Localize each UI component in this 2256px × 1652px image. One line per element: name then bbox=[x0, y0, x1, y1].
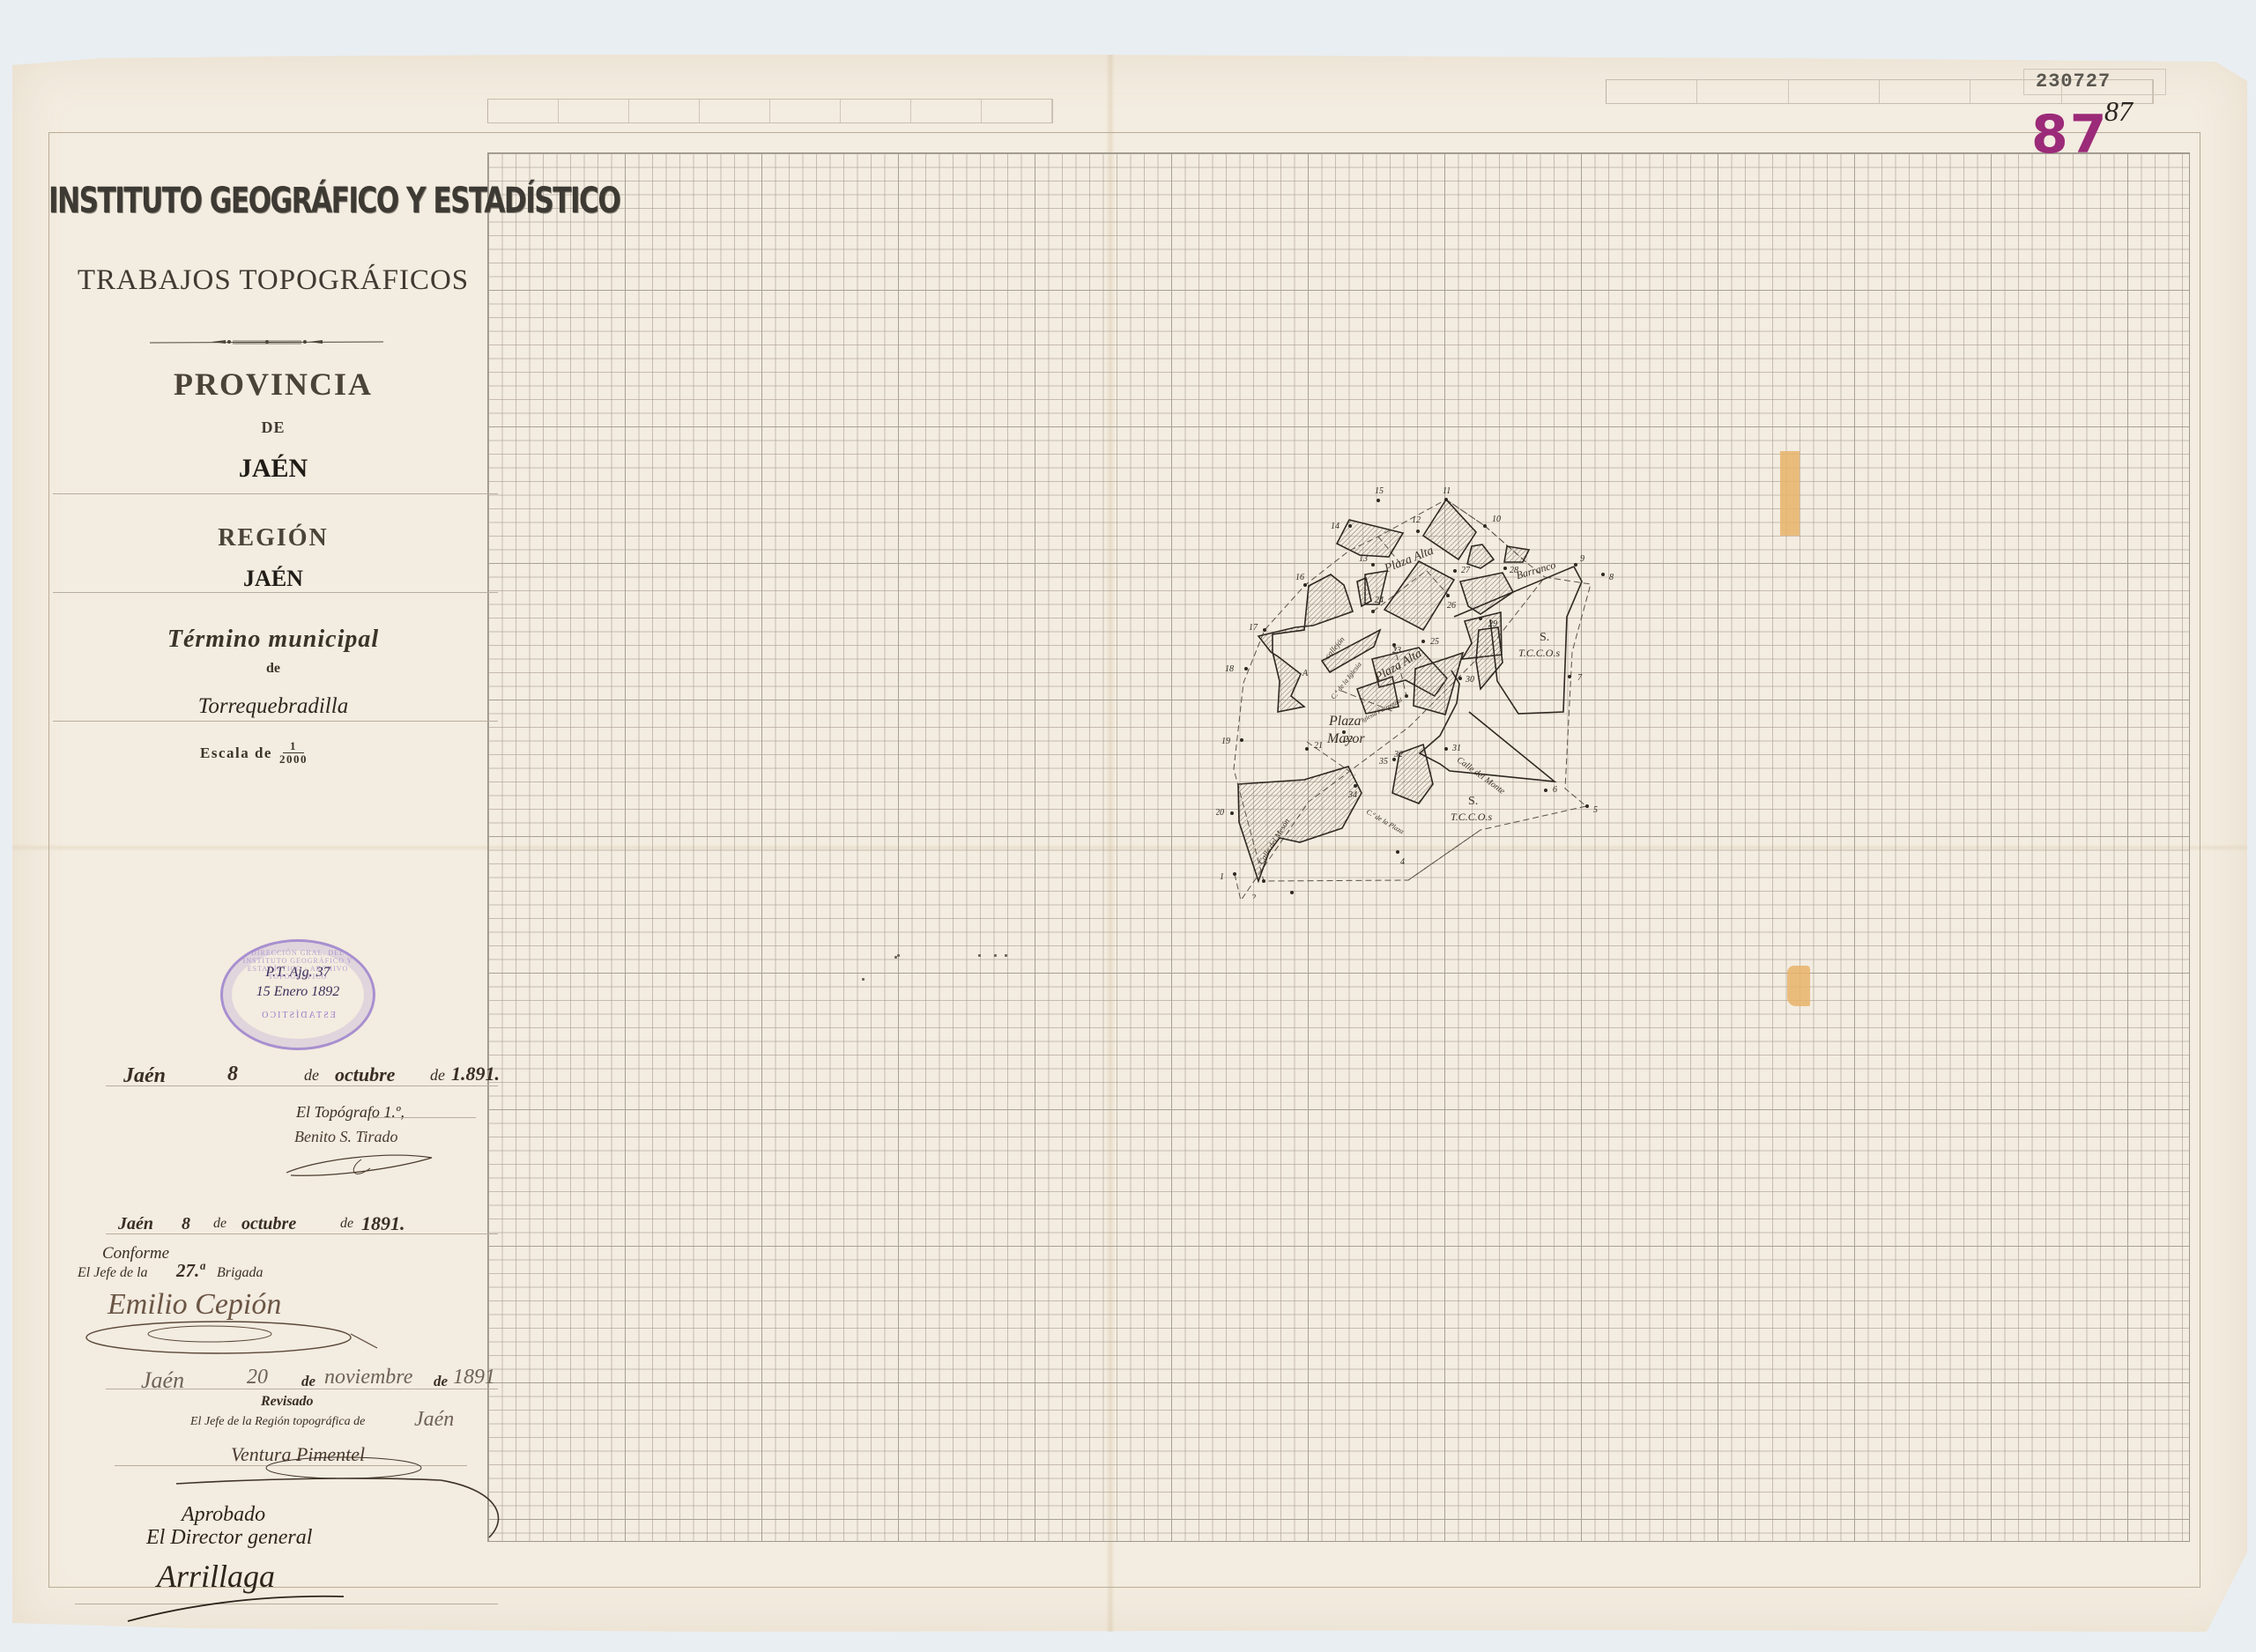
sig2-flourish-icon bbox=[78, 1313, 395, 1366]
sig3-role-place: Jaén bbox=[414, 1408, 454, 1432]
sig3-place: Jaén bbox=[141, 1367, 184, 1394]
svg-text:8: 8 bbox=[1609, 573, 1614, 582]
sig3-approval: Revisado bbox=[261, 1394, 314, 1410]
svg-text:9: 9 bbox=[1580, 554, 1584, 564]
svg-text:29: 29 bbox=[1488, 619, 1497, 629]
svg-text:19: 19 bbox=[1221, 737, 1230, 746]
provincia-name: JAÉN bbox=[48, 454, 498, 484]
sig4-role: El Director general bbox=[146, 1526, 312, 1550]
sig4-approval: Aprobado bbox=[182, 1503, 265, 1527]
sig3-de1: de bbox=[301, 1373, 315, 1390]
sig1-place: Jaén bbox=[123, 1064, 166, 1088]
tape-strip-lower bbox=[1787, 966, 1810, 1006]
ink-speck bbox=[897, 954, 900, 957]
label-tccos-2-s: S. bbox=[1468, 795, 1478, 809]
termino-label: Término municipal bbox=[48, 626, 498, 654]
stamp-handwritten-date: 15 Enero 1892 bbox=[223, 984, 373, 1000]
works-subtitle: TRABAJOS TOPOGRÁFICOS bbox=[48, 264, 498, 297]
scale-numerator: 1 bbox=[283, 740, 304, 753]
svg-text:18: 18 bbox=[1225, 664, 1234, 674]
sig-rule-2 bbox=[106, 1233, 498, 1234]
svg-text:12: 12 bbox=[1412, 515, 1421, 525]
scale-bar-left bbox=[487, 99, 1053, 123]
archive-stamp: DIRECCIÓN GRAL. DEL INSTITUTO GEOGRÁFICO… bbox=[220, 939, 375, 1050]
svg-text:2: 2 bbox=[1251, 893, 1256, 899]
title-rule-2 bbox=[53, 592, 498, 593]
provincia-label: PROVINCIA bbox=[48, 366, 498, 403]
scale-label: Escala de 1 2000 bbox=[200, 740, 308, 766]
ink-speck bbox=[862, 978, 865, 981]
ink-speck bbox=[894, 956, 897, 959]
sig1-de1: de bbox=[304, 1066, 319, 1085]
sig2-role-prefix: El Jefe de la bbox=[78, 1265, 148, 1281]
sig3-year: 1891 bbox=[453, 1366, 495, 1389]
de-label-2: de bbox=[48, 661, 498, 677]
sig3-day: 20 bbox=[247, 1366, 268, 1389]
svg-text:1: 1 bbox=[1220, 872, 1224, 882]
svg-text:21: 21 bbox=[1314, 741, 1323, 751]
label-plaza-mayor-2: Mayor bbox=[1327, 731, 1365, 747]
sig2-approval: Conforme bbox=[102, 1244, 169, 1263]
svg-text:5: 5 bbox=[1593, 805, 1598, 815]
sig1-flourish-icon bbox=[282, 1142, 441, 1186]
region-label: REGIÓN bbox=[48, 524, 498, 552]
sig3-de2: de bbox=[434, 1373, 448, 1390]
municipio-name: Torrequebradilla bbox=[48, 694, 498, 719]
sig2-brigada-number: 27.ª bbox=[176, 1260, 204, 1282]
sig2-role-suffix: Brigada bbox=[217, 1265, 263, 1281]
svg-text:26: 26 bbox=[1447, 601, 1456, 611]
svg-text:34: 34 bbox=[1347, 790, 1357, 800]
sig-rule-1b bbox=[370, 1117, 476, 1118]
svg-text:16: 16 bbox=[1295, 573, 1304, 582]
svg-text:11: 11 bbox=[1443, 486, 1451, 496]
catalog-number: 230727 bbox=[2036, 70, 2111, 93]
scale-denominator: 2000 bbox=[279, 753, 308, 766]
scale-text: Escala de bbox=[200, 745, 272, 762]
svg-text:25: 25 bbox=[1430, 637, 1439, 647]
de-label: DE bbox=[48, 419, 498, 437]
svg-text:14: 14 bbox=[1331, 522, 1339, 531]
svg-text:15: 15 bbox=[1375, 486, 1384, 496]
label-tccos-1: T.C.C.O.s bbox=[1518, 647, 1560, 660]
svg-text:13: 13 bbox=[1359, 554, 1368, 564]
svg-text:30: 30 bbox=[1465, 675, 1474, 685]
svg-text:27: 27 bbox=[1461, 566, 1471, 575]
sheet-number-handwritten: 87 bbox=[2104, 95, 2133, 128]
svg-text:35: 35 bbox=[1378, 757, 1388, 767]
title-block: INSTITUTO GEOGRÁFICO Y ESTADÍSTICO TRABA… bbox=[48, 132, 498, 1586]
ink-speck bbox=[978, 954, 981, 957]
stamp-center-text: ESTADÍSTICO bbox=[223, 1011, 373, 1020]
svg-text:24: 24 bbox=[1375, 596, 1384, 605]
svg-text:32: 32 bbox=[1393, 750, 1403, 759]
svg-text:4: 4 bbox=[1400, 857, 1405, 867]
stamp-handwritten-ref: P.T. Ajg. 37 bbox=[223, 965, 373, 981]
sig4-flourish-icon bbox=[123, 1586, 352, 1630]
town-plan: 123 456 789 101112 131415 161718 192021 … bbox=[1216, 476, 1621, 899]
label-tccos-1-s: S. bbox=[1540, 631, 1549, 645]
sig3-month: noviembre bbox=[324, 1366, 412, 1389]
label-plaza-mayor-1: Plaza bbox=[1329, 714, 1361, 730]
region-name: JAÉN bbox=[48, 566, 498, 592]
sig2-de1: de bbox=[213, 1216, 226, 1232]
label-tccos-2: T.C.C.O.s bbox=[1451, 811, 1492, 824]
sig2-place: Jaén bbox=[118, 1214, 153, 1234]
sheet-number-stamp: 87 bbox=[2031, 104, 2109, 166]
svg-text:31: 31 bbox=[1451, 744, 1461, 753]
svg-text:17: 17 bbox=[1249, 623, 1258, 633]
institute-title: INSTITUTO GEOGRÁFICO Y ESTADÍSTICO bbox=[48, 181, 495, 221]
sig1-day: 8 bbox=[227, 1063, 238, 1086]
ink-speck bbox=[994, 954, 997, 957]
svg-text:23: 23 bbox=[1392, 646, 1401, 656]
sig2-year: 1891. bbox=[361, 1212, 405, 1235]
svg-text:6: 6 bbox=[1553, 785, 1557, 795]
tape-strip-upper bbox=[1780, 451, 1800, 536]
sig3-role: El Jefe de la Región topográfica de bbox=[190, 1415, 365, 1429]
svg-text:7: 7 bbox=[1577, 673, 1583, 683]
svg-text:10: 10 bbox=[1492, 515, 1501, 524]
sig2-month: octubre bbox=[241, 1214, 296, 1234]
sig1-month: octubre bbox=[335, 1063, 395, 1086]
svg-text:20: 20 bbox=[1216, 808, 1224, 818]
svg-text:A: A bbox=[1302, 669, 1309, 678]
title-rule-1 bbox=[53, 493, 498, 494]
ink-speck bbox=[1005, 954, 1007, 957]
sig1-role: El Topógrafo 1.º, bbox=[296, 1103, 404, 1122]
scale-fraction: 1 2000 bbox=[279, 740, 308, 766]
sig1-year: 1.891. bbox=[451, 1063, 500, 1085]
sig2-day: 8 bbox=[182, 1214, 190, 1234]
ornament-divider-icon bbox=[150, 337, 383, 346]
sig2-de2: de bbox=[340, 1216, 353, 1232]
title-rule-3 bbox=[53, 721, 498, 722]
sig1-de2: de bbox=[430, 1066, 445, 1085]
